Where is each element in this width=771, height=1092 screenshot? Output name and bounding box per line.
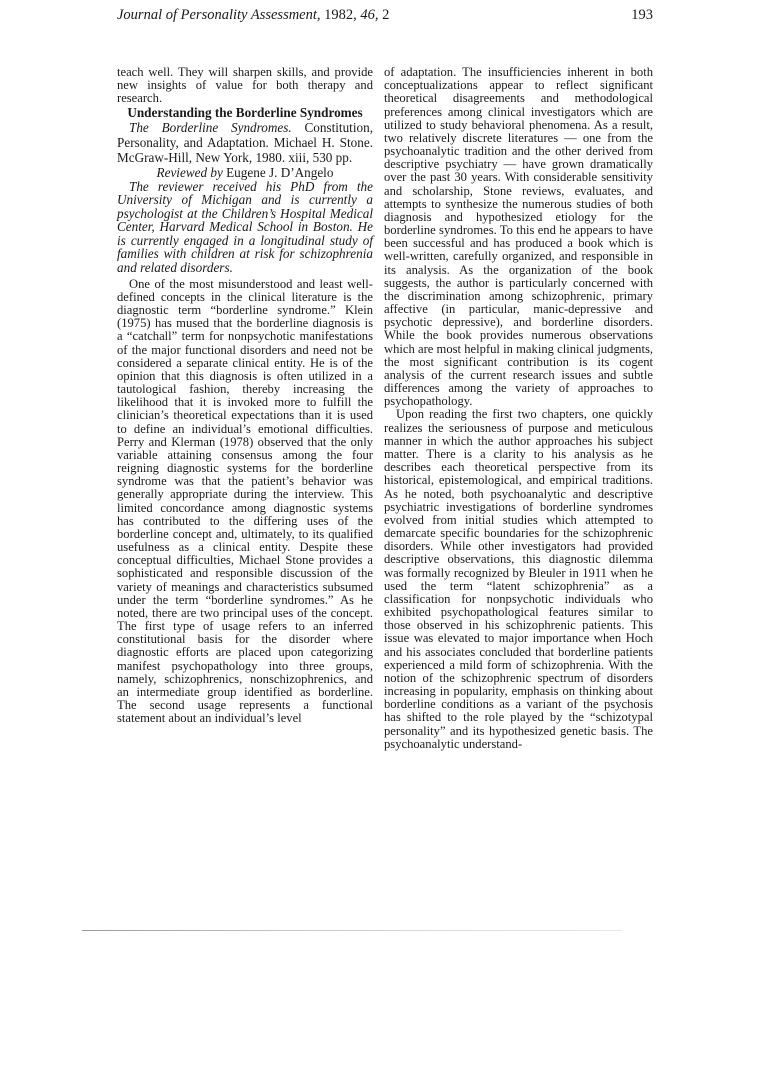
book-title: The Borderline Syndromes. [129,120,292,135]
journal-citation: Journal of Personality Assessment, 1982,… [117,6,389,24]
review-title: Understanding the Borderline Syndromes [117,106,373,120]
body-paragraph-2: Upon reading the first two chapters, one… [384,408,653,750]
reviewer-bio: The reviewer received his PhD from the U… [117,180,373,275]
journal-name: Journal of Personality Assessment, [117,7,321,23]
reviewer-name: Eugene J. D’Angelo [223,165,334,180]
previous-review-continuation: teach well. They will sharpen skills, an… [117,66,373,106]
left-column: teach well. They will sharpen skills, an… [117,66,373,726]
page-bottom-rule [82,930,622,931]
right-column: of adaptation. The insufficiencies inher… [384,66,653,751]
journal-issue: 2 [379,7,390,23]
reviewed-by-label: Reviewed by [157,165,223,180]
body-paragraph-1-continued: of adaptation. The insufficiencies inher… [384,66,653,408]
book-citation: The Borderline Syndromes. Constitution, … [117,120,373,165]
body-paragraph-1: One of the most misunderstood and least … [117,278,373,726]
journal-volume: 46, [357,7,379,23]
running-header: Journal of Personality Assessment, 1982,… [117,6,653,24]
journal-year: 1982, [321,7,357,23]
page-number: 193 [631,6,653,24]
reviewer-line: Reviewed by Eugene J. D’Angelo [117,165,373,180]
